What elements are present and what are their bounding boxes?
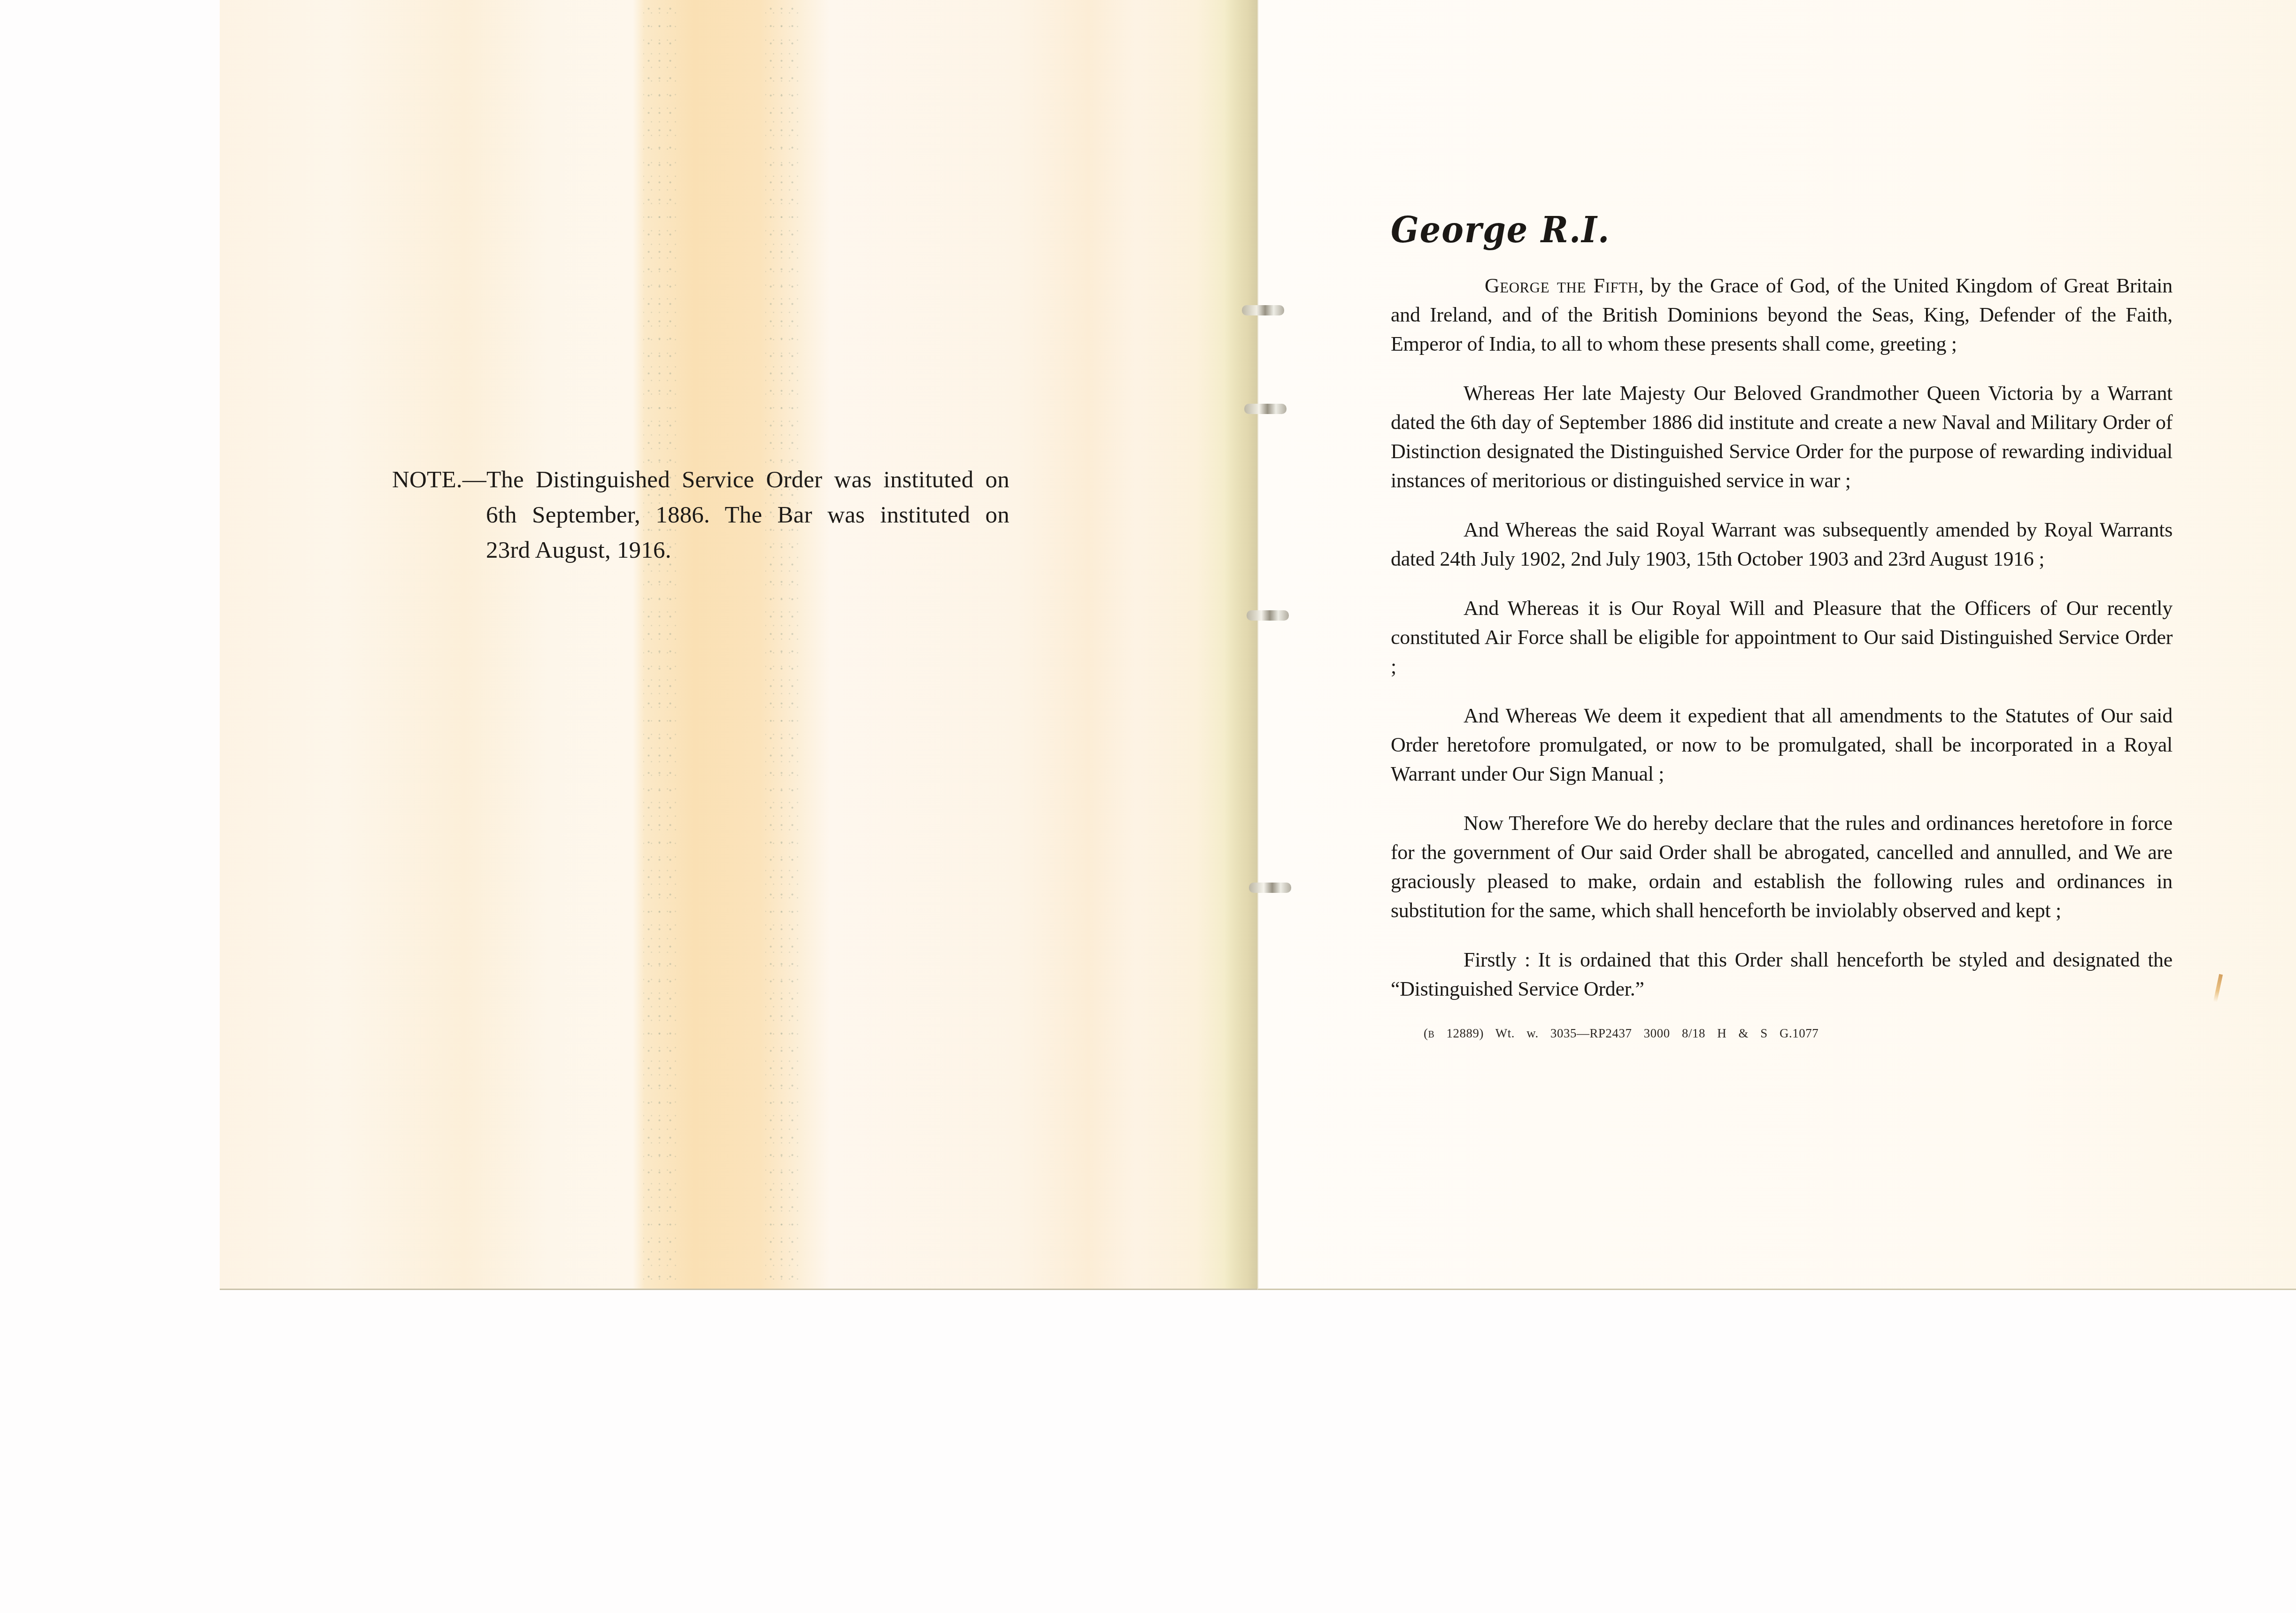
rust-stain xyxy=(2213,974,2223,1002)
note-block: NOTE.—The Distinguished Service Order wa… xyxy=(392,462,1009,568)
royal-sign-manual: George R.I. xyxy=(1391,207,2173,253)
binding-stitch xyxy=(1249,883,1291,893)
note-word: Distinguished xyxy=(536,462,670,498)
paragraph-whereas-2: And Whereas the said Royal Warrant was s… xyxy=(1391,515,2173,574)
paragraph-firstly: Firstly : It is ordained that this Order… xyxy=(1391,945,2173,1004)
right-page: George R.I. George the Fifth, by the Gra… xyxy=(1257,0,2296,1290)
warrant-text: George R.I. George the Fifth, by the Gra… xyxy=(1391,207,2173,1044)
paragraph-whereas-1: Whereas Her late Majesty Our Beloved Gra… xyxy=(1391,379,2173,495)
bleed-through-speckle xyxy=(643,0,676,1289)
note-line-1: NOTE.—The Distinguished Service Order wa… xyxy=(392,462,1009,498)
sovereign-name: George the Fifth xyxy=(1485,274,1639,297)
note-word: Service xyxy=(682,462,754,498)
note-line-2: 6th September, 1886. The Bar was institu… xyxy=(392,498,1009,533)
left-page: NOTE.—The Distinguished Service Order wa… xyxy=(220,0,1257,1290)
binding-stitch xyxy=(1242,305,1284,315)
bleed-through-speckle xyxy=(765,0,798,1289)
paragraph-whereas-3: And Whereas it is Our Royal Will and Ple… xyxy=(1391,594,2173,681)
paragraph-whereas-4: And Whereas We deem it expedient that al… xyxy=(1391,701,2173,789)
note-word: on xyxy=(986,462,1009,498)
note-word: instituted xyxy=(884,462,974,498)
note-word: NOTE.—The xyxy=(392,462,524,498)
paragraph-now-therefore: Now Therefore We do hereby declare that … xyxy=(1391,809,2173,925)
note-word: was xyxy=(834,462,872,498)
binding-stitch xyxy=(1244,404,1287,414)
paragraph-preamble: George the Fifth, by the Grace of God, o… xyxy=(1391,271,2173,359)
note-word: Order xyxy=(766,462,822,498)
spine-shadow xyxy=(1225,0,1257,1289)
binding-stitch xyxy=(1247,610,1289,621)
note-line-3: 23rd August, 1916. xyxy=(392,533,1009,568)
printer-imprint: (B 12889) Wt. w. 3035—RP2437 3000 8/18 H… xyxy=(1391,1024,2173,1044)
note-label: NOTE. xyxy=(392,467,462,493)
